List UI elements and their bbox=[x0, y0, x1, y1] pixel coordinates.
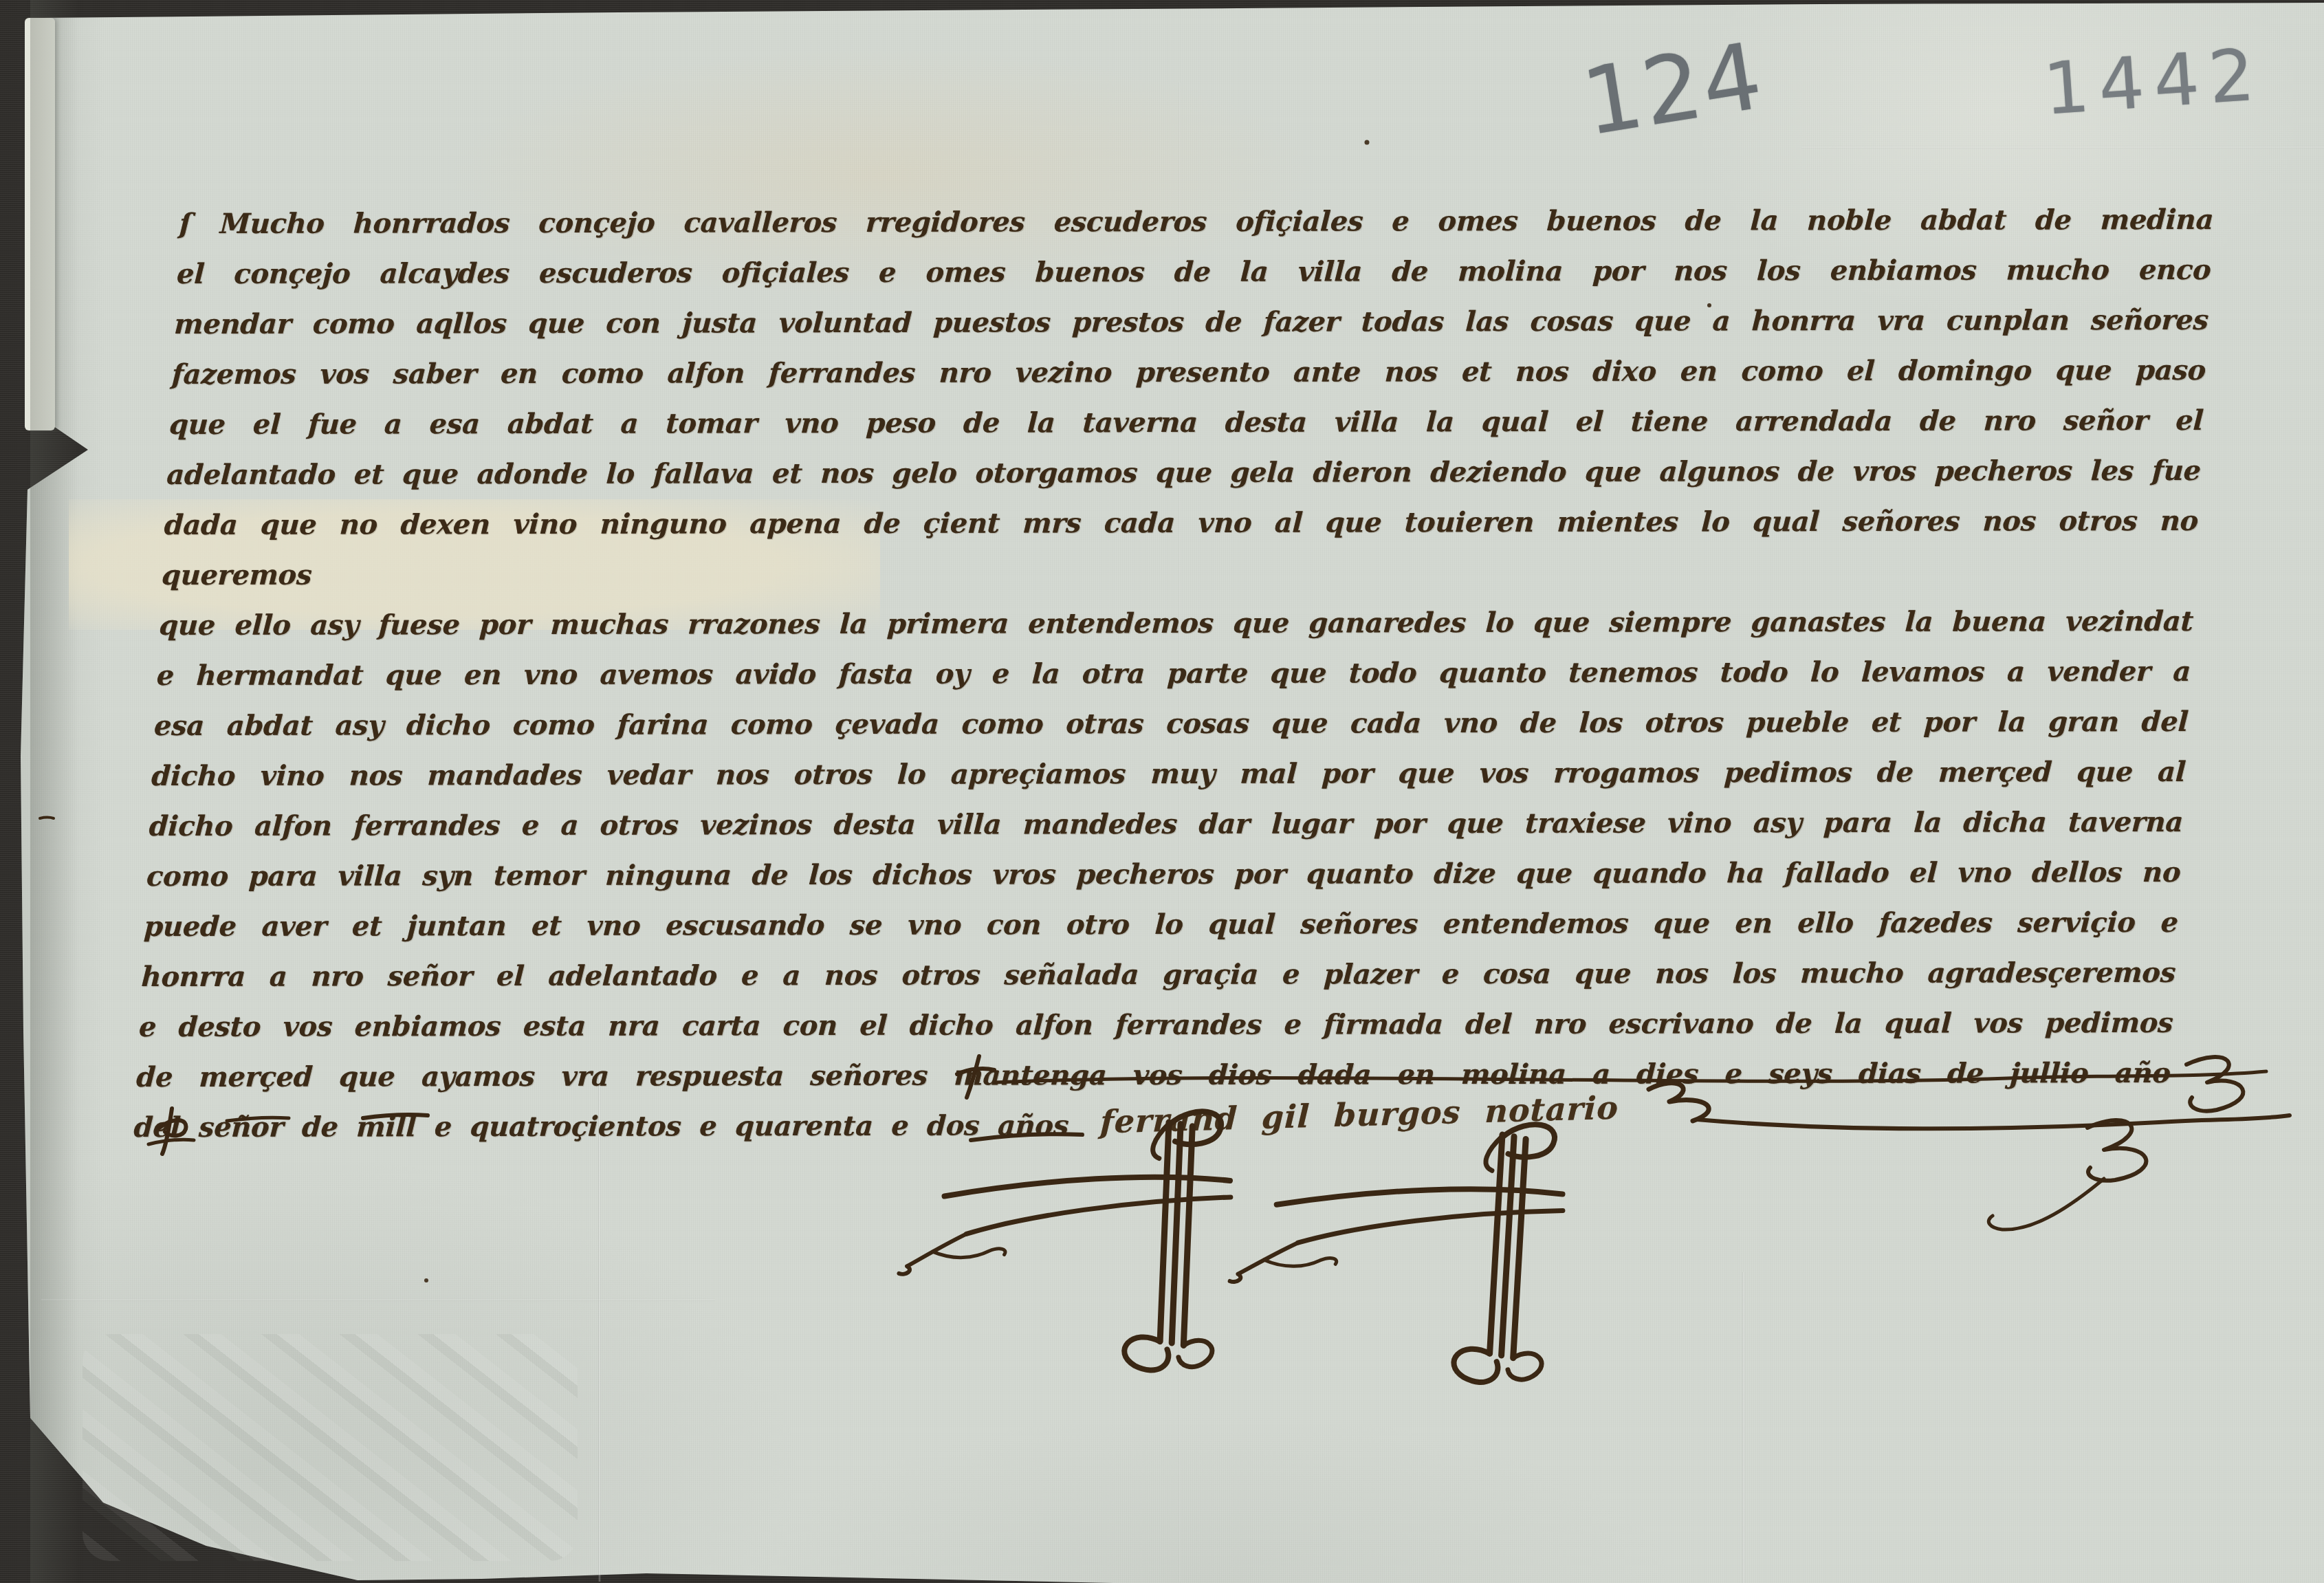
date-line-rule bbox=[957, 1056, 2266, 1098]
notarial-rubric-left bbox=[894, 1111, 1237, 1379]
notarial-rubric-right bbox=[1227, 1124, 1566, 1387]
ink-specks bbox=[40, 140, 1711, 1283]
ink-flourishes-layer bbox=[0, 0, 2324, 1583]
right-margin-flourish bbox=[1988, 1057, 2243, 1230]
photo-background: 124 1442 ſ Mucho honrrados conçejo caval… bbox=[0, 0, 2324, 1583]
line-filler-mark bbox=[149, 1109, 428, 1154]
